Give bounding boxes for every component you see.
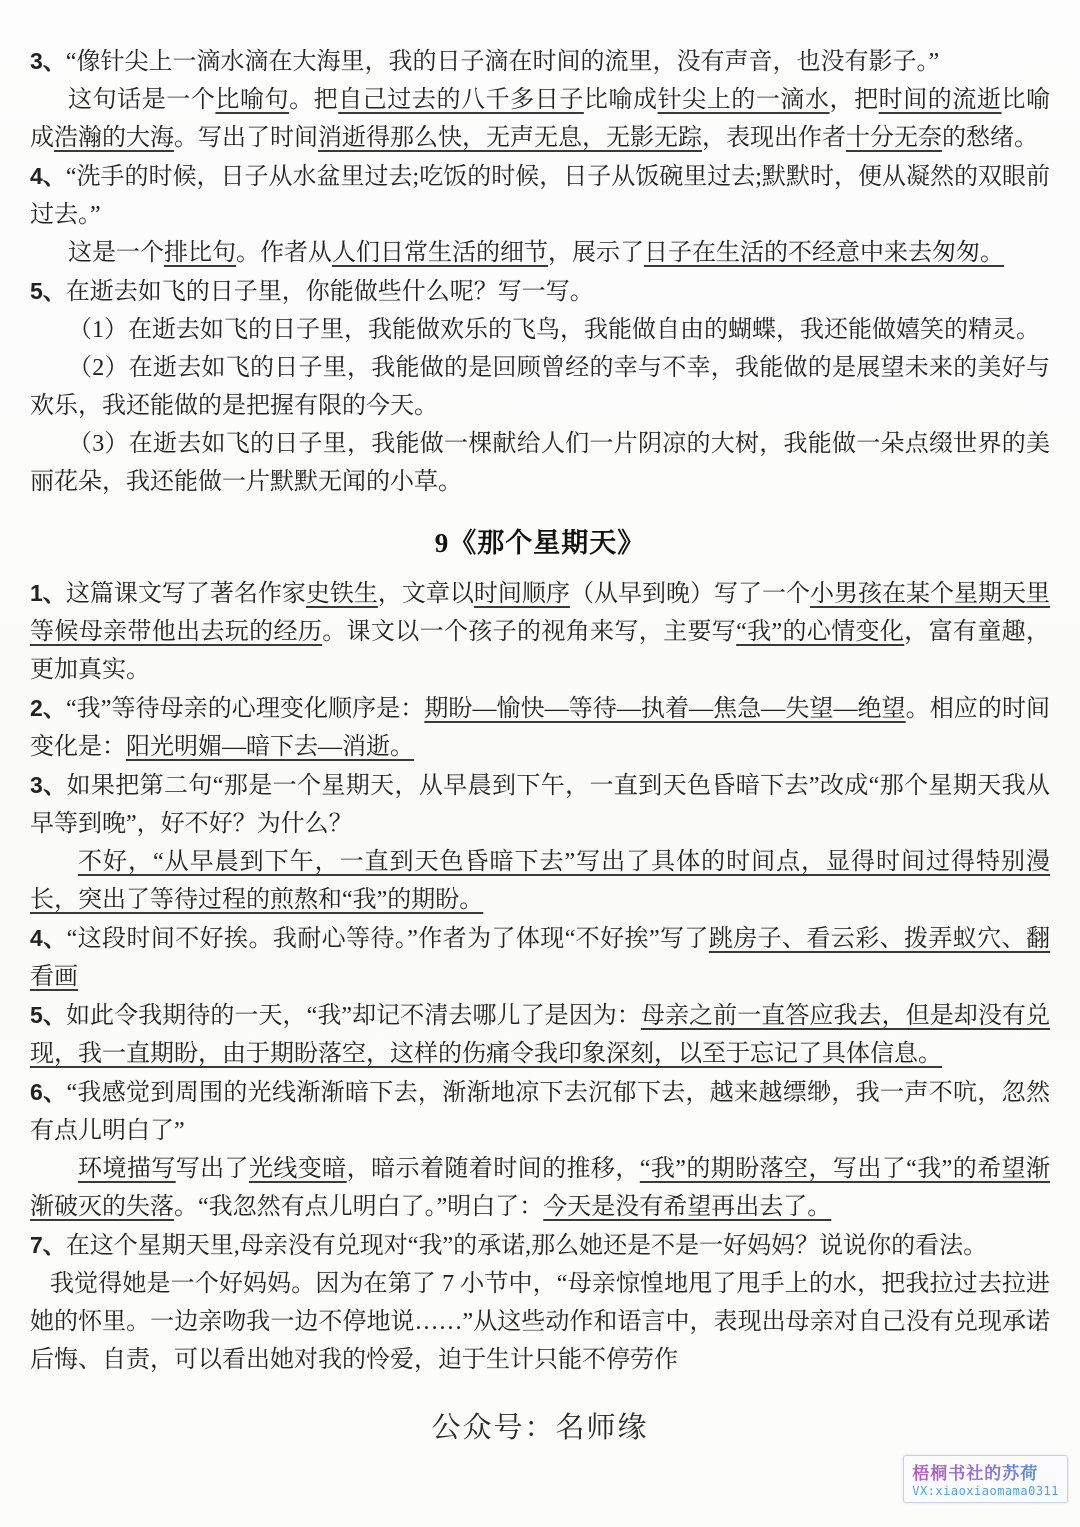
text-segment: ，文章以 — [378, 581, 474, 607]
document-body: 3、“像针尖上一滴水滴在大海里，我的日子滴在时间的流里，没有声音，也没有影子。”… — [30, 42, 1050, 1379]
text-segment: ，把 — [830, 87, 879, 113]
footer-public-account: 公众号：名师缘 — [30, 1405, 1050, 1446]
answer-underlined-text: 针尖上的一滴水 — [658, 87, 830, 113]
text-segment: 。把 — [289, 87, 338, 113]
answer-underlined-text: 浩瀚的大海 — [54, 125, 174, 151]
question-7: 7、在这个星期天里,母亲没有兑现对“我”的承诺,那么她还是不是一好妈妈？说说你的… — [30, 1226, 1050, 1265]
answer-7: 我觉得她是一个好妈妈。因为在第了 7 小节中，“母亲惊惶地甩了甩手上的水，把我拉… — [30, 1265, 1050, 1379]
answer-5-item-1: （1）在逝去如飞的日子里，我能做欢乐的飞鸟，我能做自由的蝴蝶，我还能做嬉笑的精灵… — [30, 311, 1050, 349]
answer-underlined-text: 日子在生活的不经意中来去匆匆。 — [644, 240, 1004, 266]
answer-5-item-2: （2）在逝去如飞的日子里，我能做的是回顾曾经的幸与不幸，我能做的是展望未来的美好… — [30, 349, 1050, 425]
text-segment: 如果把第二句“那是一个星期天，从早晨到下午，一直到天色昏暗下去”改成“那个星期天… — [30, 773, 1050, 837]
text-segment: “我感觉到周围的光线渐渐暗下去，渐渐地凉下去沉郁下去，越来越缥缈，我一声不吭，忽… — [30, 1080, 1050, 1144]
answer-underlined-text: 比喻句 — [215, 87, 289, 113]
text-segment: 。“我忽然有点儿明白了。”明白了： — [174, 1194, 543, 1220]
answer-underlined-text: 期盼—愉快—等待—执着—焦急—失望—绝望 — [424, 696, 905, 722]
question-3: 3、如果把第二句“那是一个星期天，从早晨到下午，一直到天色昏暗下去”改成“那个星… — [30, 766, 1050, 843]
text-segment: ，展示了 — [548, 240, 644, 266]
question-number: 3、 — [30, 772, 67, 798]
watermark-badge: 梧桐书社的苏荷 VX:xiaoxiaomama0311 — [903, 1455, 1068, 1503]
text-segment: 这是一个 — [68, 240, 164, 266]
answer-underlined-text: 排比句 — [164, 240, 236, 266]
text-segment: （1）在逝去如飞的日子里，我能做欢乐的飞鸟，我能做自由的蝴蝶，我还能做嬉笑的精灵… — [68, 317, 1040, 343]
text-segment: ，暗示着随着时间的推移， — [347, 1156, 640, 1182]
text-segment: （3）在逝去如飞的日子里，我能做一棵献给人们一片阴凉的大树，我能做一朵点缀世界的… — [30, 431, 1050, 495]
question-3-cuocuo: 3、“像针尖上一滴水滴在大海里，我的日子滴在时间的流里，没有声音，也没有影子。” — [30, 42, 1050, 81]
text-segment: 在这个星期天里,母亲没有兑现对“我”的承诺,那么她还是不是一好妈妈？说说你的看法… — [66, 1233, 987, 1259]
answer-6: 环境描写写出了光线变暗，暗示着随着时间的推移，“我”的期盼落空，写出了“我”的希… — [30, 1150, 1050, 1226]
question-number: 7、 — [30, 1232, 66, 1258]
answer-3-cuocuo: 这句话是一个比喻句。把自己过去的八千多日子比喻成针尖上的一滴水，把时间的流逝比喻… — [30, 81, 1050, 157]
answer-underlined-text: 时间顺序 — [474, 581, 570, 607]
watermark-studio-name: 梧桐书社的苏荷 — [912, 1459, 1059, 1484]
document-page: 3、“像针尖上一滴水滴在大海里，我的日子滴在时间的流里，没有声音，也没有影子。”… — [0, 0, 1080, 1527]
answer-underlined-text: 自己过去的八千多日子 — [338, 87, 584, 113]
lesson-title: 9《那个星期天》 — [30, 521, 1050, 560]
text-segment: （2）在逝去如飞的日子里，我能做的是回顾曾经的幸与不幸，我能做的是展望未来的美好… — [30, 355, 1050, 419]
question-number: 2、 — [30, 695, 66, 721]
question-4-cuocuo: 4、“洗手的时候，日子从水盆里过去;吃饭的时候，日子从饭碗里过去;默默时，便从凝… — [30, 157, 1050, 234]
question-number: 4、 — [30, 925, 67, 951]
text-segment: 如此令我期待的一天，“我”却记不清去哪儿了是因为： — [66, 1003, 641, 1029]
watermark-wechat-id: VX:xiaoxiaomama0311 — [912, 1484, 1059, 1498]
text-segment: 。课文以一个孩子的视角来写，主要写 — [322, 619, 736, 645]
question-number: 1、 — [30, 580, 66, 606]
question-2: 2、“我”等待母亲的心理变化顺序是：期盼—愉快—等待—执着—焦急—失望—绝望。相… — [30, 689, 1050, 766]
question-number: 3、 — [30, 48, 66, 74]
text-segment: 这句话是一个 — [68, 87, 215, 113]
question-4: 4、“这段时间不好挨。我耐心等待。”作者为了体现“不好挨”写了跳房子、看云彩、拨… — [30, 919, 1050, 996]
question-number: 4、 — [30, 163, 66, 189]
answer-underlined-text: 环境描写 — [78, 1156, 176, 1182]
question-number: 5、 — [30, 1002, 66, 1028]
answer-underlined-text: 史铁生 — [306, 581, 378, 607]
answer-underlined-text: “我”的心情变化 — [736, 619, 904, 645]
text-segment: 这篇课文写了著名作家 — [66, 581, 306, 607]
text-segment: “洗手的时候，日子从水盆里过去;吃饭的时候，日子从饭碗里过去;默默时，便从凝然的… — [30, 164, 1050, 228]
text-segment: 写出了 — [176, 1156, 249, 1182]
answer-4-cuocuo: 这是一个排比句。作者从人们日常生活的细节，展示了日子在生活的不经意中来去匆匆。 — [30, 234, 1050, 272]
text-segment: 的愁绪。 — [942, 125, 1038, 151]
question-6: 6、“我感觉到周围的光线渐渐暗下去，渐渐地凉下去沉郁下去，越来越缥缈，我一声不吭… — [30, 1073, 1050, 1150]
answer-underlined-text: 消逝得那么快，无声无息，无影无踪 — [318, 125, 702, 151]
answer-underlined-text: 今天是没有希望再出去了。 — [543, 1194, 831, 1220]
question-number: 5、 — [30, 278, 66, 304]
text-segment: ，表现出作者 — [702, 125, 846, 151]
text-segment: “这段时间不好挨。我耐心等待。”作者为了体现“不好挨”写了 — [67, 926, 709, 952]
answer-underlined-text: 人们日常生活的细节 — [332, 240, 548, 266]
text-segment: “像针尖上一滴水滴在大海里，我的日子滴在时间的流里，没有声音，也没有影子。” — [66, 49, 939, 75]
text-segment: （从早到晚）写了一个 — [570, 581, 810, 607]
text-segment: 。写出了时间 — [174, 125, 318, 151]
question-5: 5、如此令我期待的一天，“我”却记不清去哪儿了是因为：母亲之前一直答应我去，但是… — [30, 996, 1050, 1073]
answer-underlined-text: 阳光明媚—暗下去—消逝。 — [126, 734, 414, 760]
answer-underlined-text: 光线变暗 — [249, 1156, 347, 1182]
text-segment: 。作者从 — [236, 240, 332, 266]
answer-underlined-text: 十分无奈 — [846, 125, 942, 151]
answer-underlined-text: 不好，“从早晨到下午，一直到天色昏暗下去”写出了具体的时间点，显得时间过得特别漫… — [30, 849, 1050, 913]
answer-3: 不好，“从早晨到下午，一直到天色昏暗下去”写出了具体的时间点，显得时间过得特别漫… — [30, 843, 1050, 919]
answer-5-item-3: （3）在逝去如飞的日子里，我能做一棵献给人们一片阴凉的大树，我能做一朵点缀世界的… — [30, 425, 1050, 501]
text-segment: 我觉得她是一个好妈妈。因为在第了 7 小节中，“母亲惊惶地甩了甩手上的水，把我拉… — [30, 1271, 1050, 1373]
text-segment: “我”等待母亲的心理变化顺序是： — [66, 696, 424, 722]
text-segment: 比喻成 — [584, 87, 658, 113]
question-number: 6、 — [30, 1079, 66, 1105]
answer-underlined-text: 时间的流逝 — [879, 87, 1002, 113]
question-1: 1、这篇课文写了著名作家史铁生，文章以时间顺序（从早到晚）写了一个小男孩在某个星… — [30, 574, 1050, 689]
question-5-cuocuo: 5、在逝去如飞的日子里，你能做些什么呢？写一写。 — [30, 272, 1050, 311]
text-segment: 在逝去如飞的日子里，你能做些什么呢？写一写。 — [66, 279, 594, 305]
